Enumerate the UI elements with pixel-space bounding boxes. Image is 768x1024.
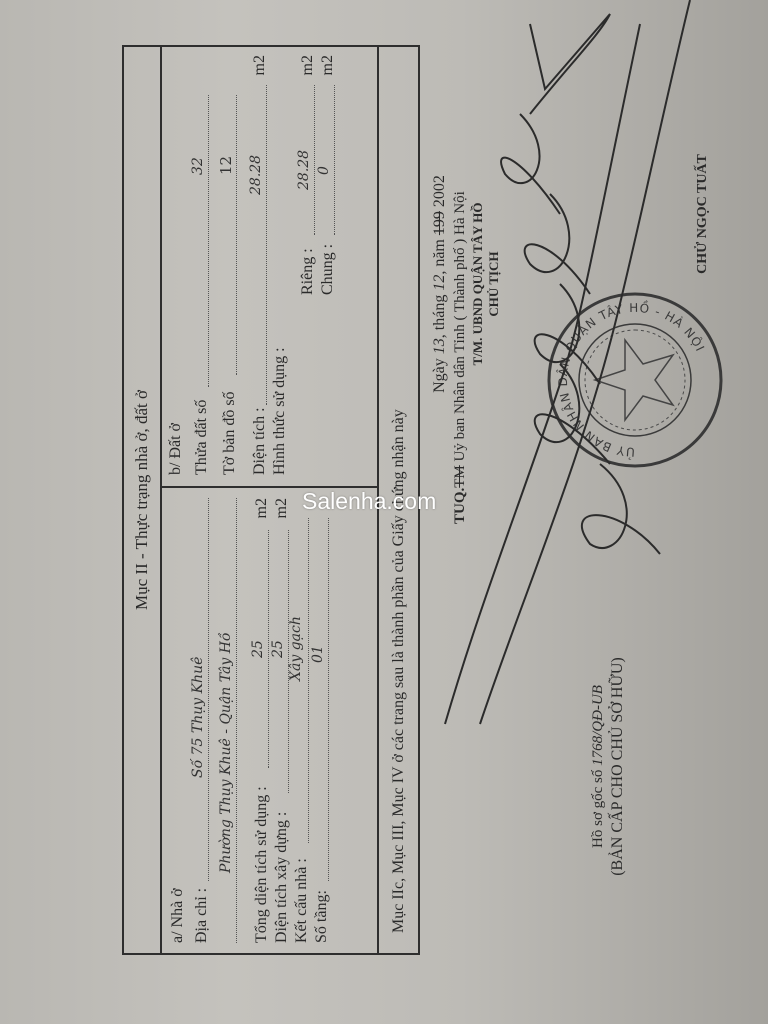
total-use-area-unit: m2 bbox=[252, 498, 272, 518]
land-column: b/ Đất ở Thửa đất số 32 Tờ bản đồ số 12 … bbox=[162, 55, 377, 475]
struck-prefix: TM bbox=[452, 465, 468, 488]
land-area-value: 28.28 bbox=[246, 155, 266, 195]
usage-form-label: Hình thức sử dụng : bbox=[270, 347, 290, 475]
struck-year: 199 bbox=[431, 211, 448, 235]
house-heading-row: a/ Nhà ở bbox=[168, 498, 188, 943]
file-number-label: Hồ sơ gốc số bbox=[590, 770, 606, 848]
house-heading: a/ Nhà ở bbox=[168, 888, 188, 943]
month-label: tháng bbox=[431, 295, 448, 331]
total-use-area-label: Tổng diện tích sử dụng : bbox=[252, 786, 272, 943]
usage-form-row: Hình thức sử dụng : bbox=[270, 55, 290, 475]
plot-dotted-line bbox=[194, 95, 209, 387]
issuer-line: TUQ.TM Uỷ ban Nhân dân Tỉnh ( Thành phố … bbox=[450, 24, 470, 544]
signer-name: CHỬ NGỌC TUẤT bbox=[695, 124, 711, 304]
address-line2-row: Phường Thụy Khuê - Quận Tây Hồ bbox=[220, 498, 240, 943]
private-row: Riêng : 28.28 m2 bbox=[298, 55, 318, 475]
org-line: T/M. UBND QUẬN TÂY HỒ bbox=[470, 24, 486, 544]
construction-area-row: Diện tích xây dựng : 25 m2 bbox=[272, 498, 292, 943]
issuer-name: Uỷ ban Nhân dân Tỉnh ( Thành phố ) Hà Nộ… bbox=[452, 191, 468, 461]
land-heading: b/ Đất ở bbox=[166, 423, 186, 475]
shared-value: 0 bbox=[314, 166, 334, 175]
private-value: 28.28 bbox=[294, 150, 314, 190]
issue-month: 12 bbox=[431, 275, 448, 291]
copy-note: (BẢN CẤP CHO CHỦ SỞ HỮU) bbox=[608, 594, 628, 939]
section-title: Mục II - Thực trạng nhà ở, đất ở bbox=[124, 47, 162, 953]
address-line2-value: Phường Thụy Khuê - Quận Tây Hồ bbox=[216, 633, 236, 874]
watermark: Salenha.com bbox=[302, 488, 436, 515]
shared-row: Chung : 0 m2 bbox=[318, 55, 338, 475]
issue-year: 2002 bbox=[431, 175, 448, 207]
shared-label: Chung : bbox=[318, 244, 338, 295]
file-number-line: Hồ sơ gốc số 1768/QĐ-UB bbox=[588, 594, 608, 939]
map-sheet-row: Tờ bản đồ số 12 bbox=[220, 55, 240, 475]
year-label: năm bbox=[431, 239, 448, 267]
address-line1-value: Số 75 Thụy Khuê bbox=[188, 657, 208, 778]
records-block: Hồ sơ gốc số 1768/QĐ-UB (BẢN CẤP CHO CHỦ… bbox=[588, 594, 628, 939]
floors-dotted-line bbox=[314, 518, 329, 881]
map-sheet-dotted-line bbox=[222, 95, 237, 375]
date-prefix: Ngày bbox=[431, 358, 448, 393]
issue-date-line: Ngày 13, tháng 12, năm 199 2002 bbox=[430, 24, 450, 544]
address-row: Địa chỉ : Số 75 Thụy Khuê bbox=[192, 498, 212, 943]
issue-day: 13 bbox=[431, 338, 448, 354]
private-label: Riêng : bbox=[298, 248, 318, 295]
svg-text:ỦY BAN NHÂN DÂN QUẬN TÂY HỒ -: ỦY BAN NHÂN DÂN QUẬN TÂY HỒ - HÀ NỘI bbox=[555, 299, 707, 461]
shared-unit: m2 bbox=[318, 55, 338, 75]
construction-area-value: 25 bbox=[268, 640, 288, 658]
plot-value: 32 bbox=[188, 157, 208, 175]
official-seal-icon: ỦY BAN NHÂN DÂN QUẬN TÂY HỒ - HÀ NỘI bbox=[545, 290, 725, 470]
private-unit: m2 bbox=[298, 55, 318, 75]
map-sheet-label: Tờ bản đồ số bbox=[220, 391, 240, 475]
shared-dotted-line bbox=[320, 85, 335, 235]
signature-date-block: Ngày 13, tháng 12, năm 199 2002 TUQ.TM U… bbox=[430, 24, 502, 544]
structure-row: Kết cấu nhà : Xây gạch bbox=[292, 498, 312, 943]
house-column: a/ Nhà ở Địa chỉ : Số 75 Thụy Khuê Phườn… bbox=[162, 498, 377, 943]
floors-row: Số tầng: 01 bbox=[312, 498, 332, 943]
total-use-area-value: 25 bbox=[248, 640, 268, 658]
land-area-row: Diện tích : 28.28 m2 bbox=[250, 55, 270, 475]
floors-value: 01 bbox=[308, 645, 328, 663]
structure-label: Kết cấu nhà : bbox=[292, 858, 312, 943]
land-heading-row: b/ Đất ở bbox=[166, 55, 186, 475]
structure-value: Xây gạch bbox=[286, 616, 306, 681]
plot-row: Thửa đất số 32 bbox=[192, 55, 212, 475]
plot-label: Thửa đất số bbox=[192, 400, 212, 475]
construction-area-unit: m2 bbox=[272, 498, 292, 518]
land-area-label: Diện tích : bbox=[250, 407, 270, 475]
title-line: CHỦ TỊCH bbox=[486, 24, 502, 544]
issuer-prefix: TUQ. bbox=[452, 488, 468, 524]
address-label: Địa chỉ : bbox=[192, 888, 212, 943]
floors-label: Số tầng: bbox=[312, 890, 332, 943]
map-sheet-value: 12 bbox=[216, 156, 236, 175]
file-number-value: 1768/QĐ-UB bbox=[590, 685, 606, 766]
land-area-dotted-line bbox=[252, 85, 267, 405]
construction-area-label: Diện tích xây dựng : bbox=[272, 812, 292, 943]
land-area-unit: m2 bbox=[250, 55, 270, 75]
total-use-area-row: Tổng diện tích sử dụng : 25 m2 bbox=[252, 498, 272, 943]
